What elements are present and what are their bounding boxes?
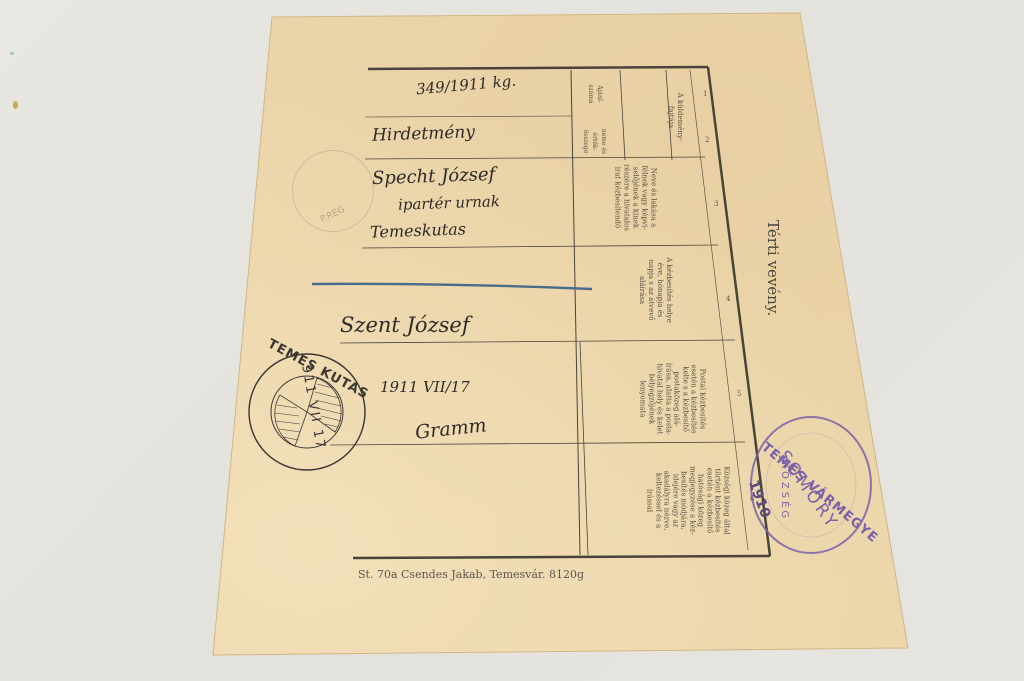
column-number-5: 5 — [737, 390, 741, 398]
handwritten-recipient-line2: ipartér urnak — [398, 192, 500, 214]
blue-pencil-mark — [312, 284, 592, 289]
handwritten-document-kind: Hirdetmény — [372, 122, 476, 146]
header-ajanl-szama: Ajánl- száma — [586, 74, 604, 114]
purple-stamp-inner-text: KÖZSÉG — [779, 462, 790, 521]
column-number-1: 1 — [703, 90, 707, 98]
handwritten-recipient-place: Temeskutas — [370, 219, 467, 241]
document-title: Térti vevény. — [764, 220, 782, 316]
handwritten-recipient-name: Specht József — [372, 164, 496, 189]
header-nev-lakas: Neve és lakása a félnek vagy képvi- selő… — [613, 143, 658, 253]
printer-imprint: St. 70a Csendes Jakab, Temesvár. 8120g — [358, 568, 584, 581]
header-kezbesites-helye: A kézbesítés helye éve, hónapja és napja… — [637, 240, 673, 340]
column-number-2: 2 — [705, 136, 709, 144]
handwritten-receiver-signature: Szent József — [340, 313, 470, 337]
column-number-4: 4 — [726, 295, 730, 303]
header-kozsegi-kezbesites: Községi közeg által történt kézbesítés e… — [646, 431, 731, 571]
header-kuldemeny-fajtaja: A küldemény- fajtája — [666, 72, 684, 162]
header-neme-erteke: neme és érték- összege — [581, 114, 608, 169]
handwritten-date: 1911 VII/17 — [380, 378, 470, 396]
column-number-3: 3 — [714, 200, 718, 208]
